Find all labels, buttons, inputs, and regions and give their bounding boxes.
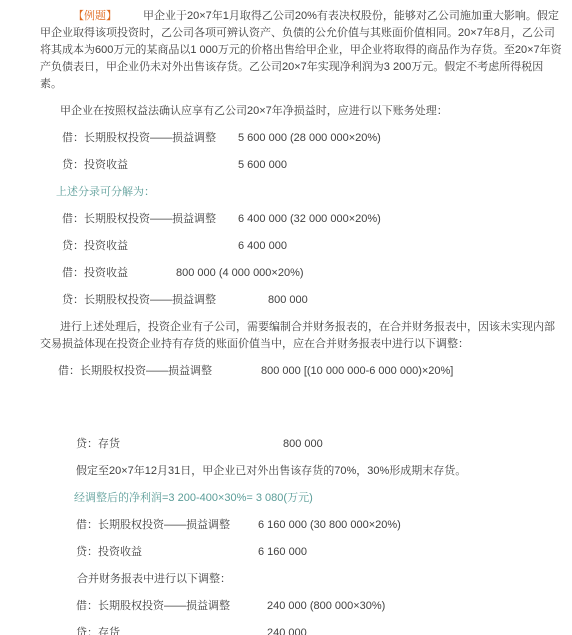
- paragraph: 合并财务报表中进行以下调整：: [77, 571, 565, 588]
- debit-entry-label: 借：长期股权投资——损益调整: [76, 600, 230, 612]
- entry-amount: 800 000 [(10 000 000-6 000 000)×20%]: [261, 363, 453, 380]
- entry-amount: 800 000 (4 000 000×20%): [176, 265, 304, 282]
- debit-entry-label: 借：长期股权投资——损益调整: [58, 365, 212, 377]
- entry-amount: 6 400 000 (32 000 000×20%): [238, 211, 381, 228]
- journal-entry-row: 借：长期股权投资——损益调整800 000 [(10 000 000-6 000…: [58, 363, 565, 380]
- credit-entry-label: 贷：存货: [76, 438, 120, 450]
- document-page: 【例题】甲企业于20×7年1月取得乙公司20%有表决权股份，能够对乙公司施加重大…: [0, 0, 572, 635]
- journal-entry-row: 贷：长期股权投资——损益调整800 000: [62, 292, 565, 309]
- paragraph: 假定至20×7年12月31日，甲企业已对外出售该存货的70%，30%形成期末存货…: [76, 463, 565, 480]
- entry-amount: 6 400 000: [238, 238, 287, 255]
- example-intro-paragraph: 【例题】甲企业于20×7年1月取得乙公司20%有表决权股份，能够对乙公司施加重大…: [40, 8, 565, 93]
- credit-entry-label: 贷：存货: [76, 627, 120, 635]
- journal-entry-row: 借：长期股权投资——损益调整240 000 (800 000×30%): [76, 598, 565, 615]
- journal-entry-row: 贷：存货240 000: [76, 625, 565, 635]
- credit-entry-label: 贷：投资收益: [62, 240, 128, 252]
- credit-entry-label: 贷：长期股权投资——损益调整: [62, 294, 216, 306]
- journal-entry-row: 借：长期股权投资——损益调整5 600 000 (28 000 000×20%): [62, 130, 565, 147]
- journal-entry-row: 贷：投资收益6 400 000: [62, 238, 565, 255]
- debit-entry-label: 借：长期股权投资——损益调整: [76, 519, 230, 531]
- blocks: 甲企业在按照权益法确认应享有乙公司20×7年净损益时，应进行以下账务处理：借：长…: [40, 103, 565, 635]
- credit-entry-label: 贷：投资收益: [62, 159, 128, 171]
- entry-amount: 800 000: [268, 292, 308, 309]
- journal-entry-row: 借：长期股权投资——损益调整6 160 000 (30 800 000×20%): [76, 517, 565, 534]
- journal-entry-row: 贷：投资收益6 160 000: [76, 544, 565, 561]
- entry-amount: 6 160 000: [258, 544, 307, 561]
- entry-amount: 800 000: [283, 436, 323, 453]
- entry-amount: 5 600 000 (28 000 000×20%): [238, 130, 381, 147]
- entry-amount: 240 000 (800 000×30%): [267, 598, 385, 615]
- debit-entry-label: 借：长期股权投资——损益调整: [62, 132, 216, 144]
- debit-entry-label: 借：长期股权投资——损益调整: [62, 213, 216, 225]
- journal-entry-row: 借：长期股权投资——损益调整6 400 000 (32 000 000×20%): [62, 211, 565, 228]
- example-intro-text: 甲企业于20×7年1月取得乙公司20%有表决权股份，能够对乙公司施加重大影响。假…: [40, 10, 562, 90]
- journal-entry-row: 贷：存货800 000: [76, 436, 565, 453]
- entry-amount: 240 000: [267, 625, 307, 635]
- section-gap: [40, 380, 565, 426]
- note-line: 上述分录可分解为：: [56, 184, 565, 201]
- note-line: 经调整后的净利润=3 200-400×30%= 3 080(万元): [74, 490, 565, 507]
- entry-amount: 6 160 000 (30 800 000×20%): [258, 517, 401, 534]
- example-tag: 【例题】: [73, 10, 117, 22]
- debit-entry-label: 借：投资收益: [62, 267, 128, 279]
- paragraph: 甲企业在按照权益法确认应享有乙公司20×7年净损益时，应进行以下账务处理：: [40, 103, 565, 120]
- journal-entry-row: 借：投资收益800 000 (4 000 000×20%): [62, 265, 565, 282]
- credit-entry-label: 贷：投资收益: [76, 546, 142, 558]
- paragraph: 进行上述处理后，投资企业有子公司，需要编制合并财务报表的，在合并财务报表中，因该…: [40, 319, 565, 353]
- journal-entry-row: 贷：投资收益5 600 000: [62, 157, 565, 174]
- entry-amount: 5 600 000: [238, 157, 287, 174]
